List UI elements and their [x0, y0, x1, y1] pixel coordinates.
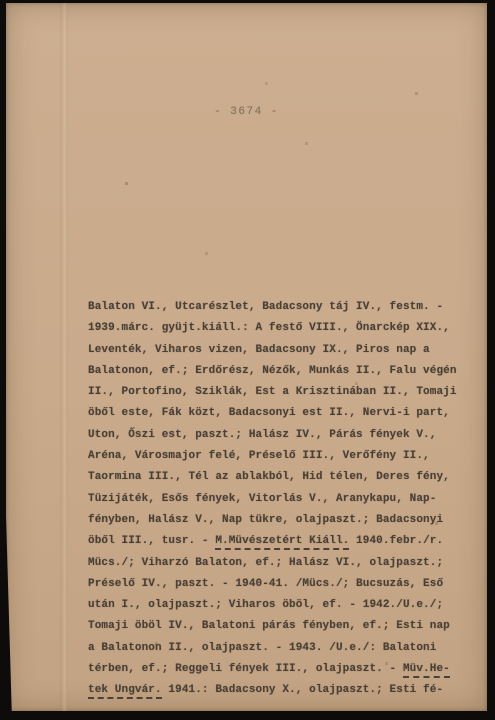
text-segment: 1941.: Badacsony X., olajpaszt.; Esti fé… [162, 684, 443, 696]
text-segment: 1939.márc. gyüjt.kiáll.: A festő VIII., … [88, 322, 450, 334]
text-segment: Aréna, Városmajor felé, Préselő III., Ve… [88, 450, 430, 462]
text-line: Balatonon, ef.; Erdőrész, Nézők, Munkás … [88, 361, 477, 382]
text-line: Uton, Őszi est, paszt.; Halász IV., Párá… [88, 425, 477, 446]
text-segment: Taormina III., Tél az ablakból, Hid téle… [88, 471, 450, 483]
text-line: Tüzijáték, Esős fények, Vitorlás V., Ara… [88, 489, 477, 510]
text-line: Préselő IV., paszt. - 1940-41. /Mücs./; … [88, 574, 477, 595]
text-segment: Mücs./; Viharzó Balaton, ef.; Halász VI.… [88, 557, 443, 569]
underlined-text-segment: Müv.He- [403, 663, 450, 678]
text-line: öből III., tusr. - M.Müvészetért Kiáll. … [88, 531, 477, 552]
text-line: öből este, Fák közt, Badacsonyi est II.,… [88, 403, 477, 424]
text-segment: térben, ef.; Reggeli fények III., olajpa… [88, 663, 403, 675]
text-line: 1939.márc. gyüjt.kiáll.: A festő VIII., … [88, 318, 477, 339]
text-block: Balaton VI., Utcarészlet, Badacsony táj … [88, 297, 477, 702]
text-line: Mücs./; Viharzó Balaton, ef.; Halász VI.… [88, 553, 477, 574]
underlined-text-segment: tek Ungvár. [88, 684, 162, 699]
text-segment: öből III., tusr. - [88, 535, 215, 547]
text-line: tek Ungvár. 1941.: Badacsony X., olajpas… [88, 680, 477, 701]
text-segment: II., Portofino, Sziklák, Est a Krisztiná… [88, 386, 457, 398]
text-segment: Balatonon, ef.; Erdőrész, Nézők, Munkás … [88, 365, 457, 377]
text-segment: a Balatonon II., olajpaszt. - 1943. /U.e… [88, 642, 436, 654]
paper-speckles [6, 3, 7, 4]
text-line: Tomaji öböl IV., Balatoni párás fényben,… [88, 616, 477, 637]
underlined-text-segment: M.Müvészetért Kiáll. [215, 535, 349, 550]
page-number: - 3674 - [6, 106, 487, 118]
text-line: a Balatonon II., olajpaszt. - 1943. /U.e… [88, 638, 477, 659]
text-segment: 1940.febr./r. [349, 535, 443, 547]
text-line: után I., olajpaszt.; Viharos öböl, ef. -… [88, 595, 477, 616]
text-segment: Tomaji öböl IV., Balatoni párás fényben,… [88, 620, 450, 632]
text-line: térben, ef.; Reggeli fények III., olajpa… [88, 659, 477, 680]
text-line: Taormina III., Tél az ablakból, Hid téle… [88, 467, 477, 488]
text-line: Aréna, Városmajor felé, Préselő III., Ve… [88, 446, 477, 467]
text-segment: Préselő IV., paszt. - 1940-41. /Mücs./; … [88, 578, 443, 590]
text-segment: után I., olajpaszt.; Viharos öböl, ef. -… [88, 599, 443, 611]
text-segment: Uton, Őszi est, paszt.; Halász IV., Párá… [88, 429, 436, 441]
text-line: Leventék, Viharos vizen, Badacsony IX., … [88, 340, 477, 361]
paper-sheet: - 3674 - Balaton VI., Utcarészlet, Badac… [6, 3, 487, 711]
scanned-document-page: - 3674 - Balaton VI., Utcarészlet, Badac… [0, 0, 495, 720]
text-segment: öből este, Fák közt, Badacsonyi est II.,… [88, 407, 450, 419]
text-segment: Leventék, Viharos vizen, Badacsony IX., … [88, 344, 430, 356]
text-segment: Tüzijáték, Esős fények, Vitorlás V., Ara… [88, 493, 436, 505]
text-line: Balaton VI., Utcarészlet, Badacsony táj … [88, 297, 477, 318]
text-line: fényben, Halász V., Nap tükre, olajpaszt… [88, 510, 477, 531]
text-segment: Balaton VI., Utcarészlet, Badacsony táj … [88, 301, 443, 313]
text-segment: fényben, Halász V., Nap tükre, olajpaszt… [88, 514, 443, 526]
text-line: II., Portofino, Sziklák, Est a Krisztiná… [88, 382, 477, 403]
